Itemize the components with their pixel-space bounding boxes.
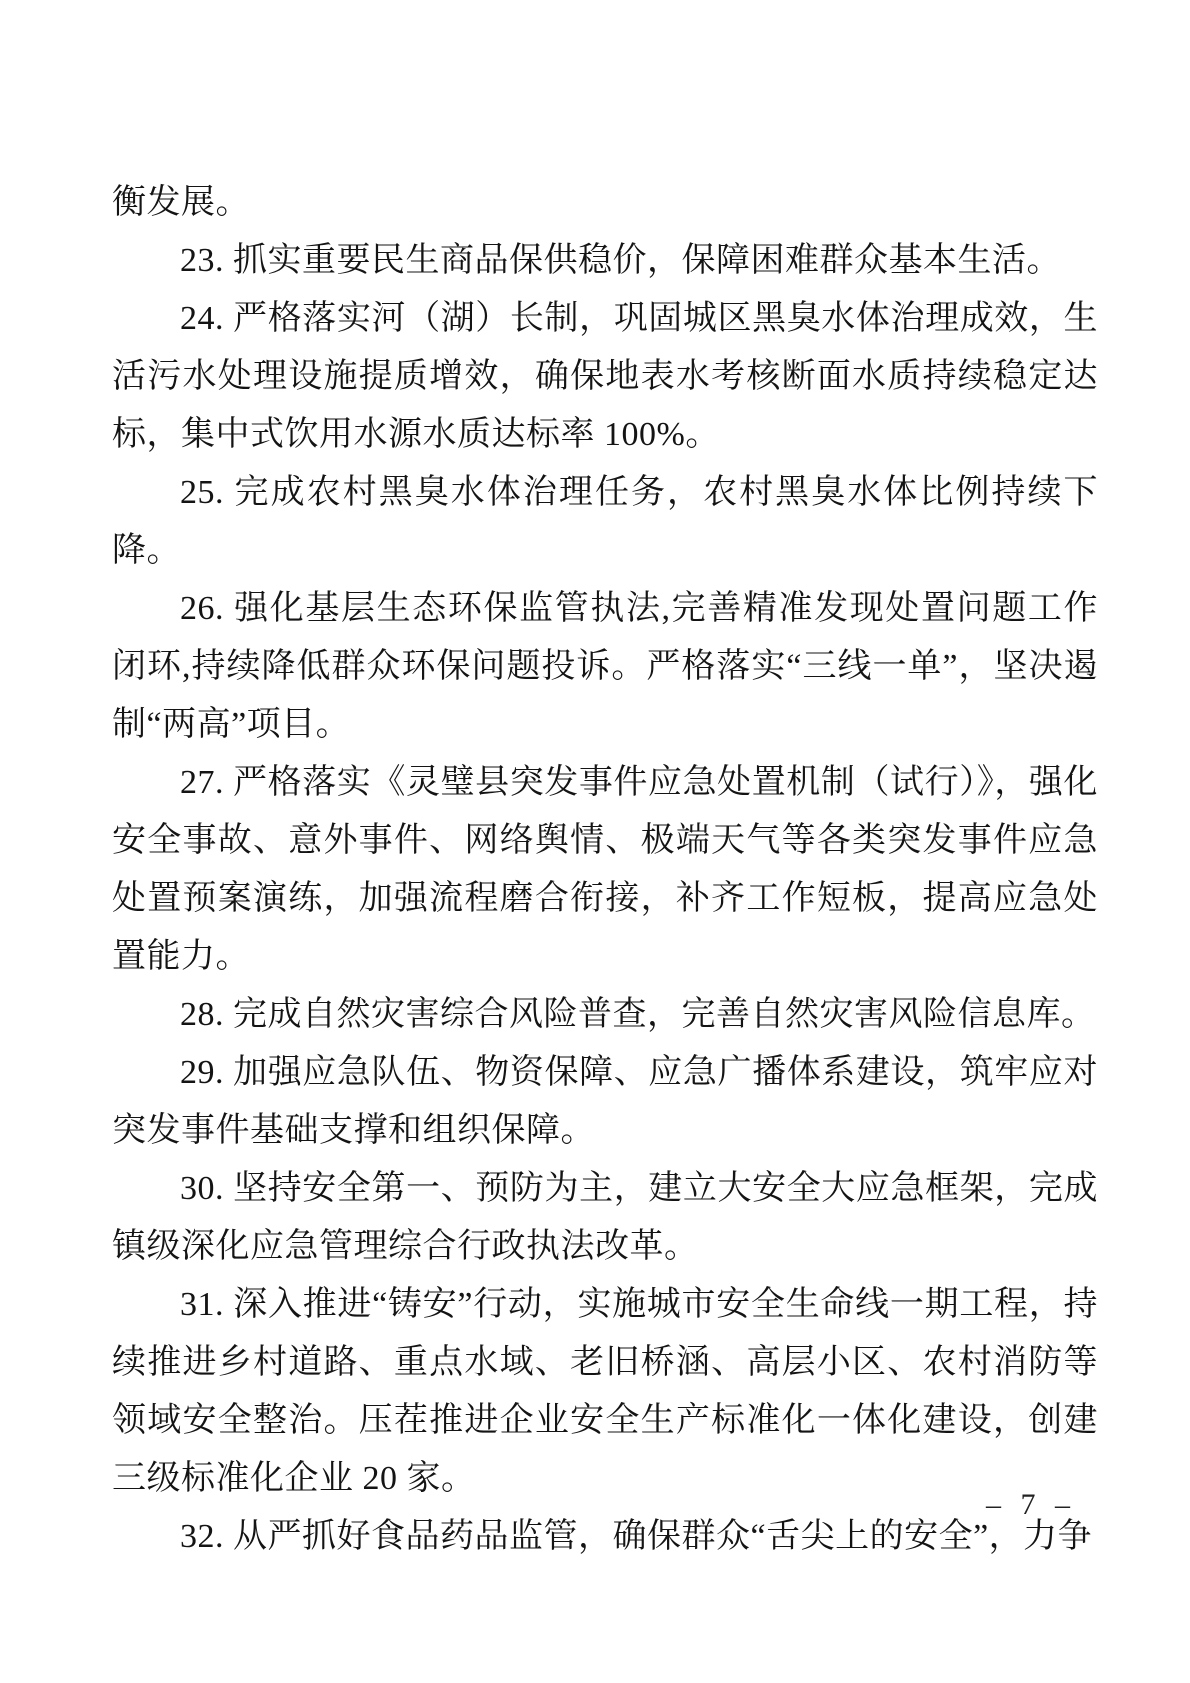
paragraph-item-32: 32. 从严抓好食品药品监管，确保群众“舌尖上的安全”，力争 (112, 1508, 1098, 1566)
paragraph-item-24: 24. 严格落实河（湖）长制，巩固城区黑臭水体治理成效，生活污水处理设施提质增效… (112, 290, 1098, 464)
page-number: – 7 – (986, 1488, 1076, 1522)
paragraph-item-29: 29. 加强应急队伍、物资保障、应急广播体系建设，筑牢应对突发事件基础支撑和组织… (112, 1044, 1098, 1160)
paragraph-item-27: 27. 严格落实《灵璧县突发事件应急处置机制（试行）》，强化安全事故、意外事件、… (112, 754, 1098, 986)
document-body-text: 衡发展。 23. 抓实重要民生商品保供稳价，保障困难群众基本生活。 24. 严格… (112, 174, 1098, 1566)
paragraph-item-28: 28. 完成自然灾害综合风险普查，完善自然灾害风险信息库。 (112, 986, 1098, 1044)
document-page: 衡发展。 23. 抓实重要民生商品保供稳价，保障困难群众基本生活。 24. 严格… (0, 0, 1190, 1683)
paragraph-item-23: 23. 抓实重要民生商品保供稳价，保障困难群众基本生活。 (112, 232, 1098, 290)
paragraph-item-25: 25. 完成农村黑臭水体治理任务，农村黑臭水体比例持续下降。 (112, 464, 1098, 580)
paragraph-item-30: 30. 坚持安全第一、预防为主，建立大安全大应急框架，完成镇级深化应急管理综合行… (112, 1160, 1098, 1276)
paragraph-continuation: 衡发展。 (112, 174, 1098, 232)
paragraph-item-26: 26. 强化基层生态环保监管执法,完善精准发现处置问题工作闭环,持续降低群众环保… (112, 580, 1098, 754)
paragraph-item-31: 31. 深入推进“铸安”行动，实施城市安全生命线一期工程，持续推进乡村道路、重点… (112, 1276, 1098, 1508)
